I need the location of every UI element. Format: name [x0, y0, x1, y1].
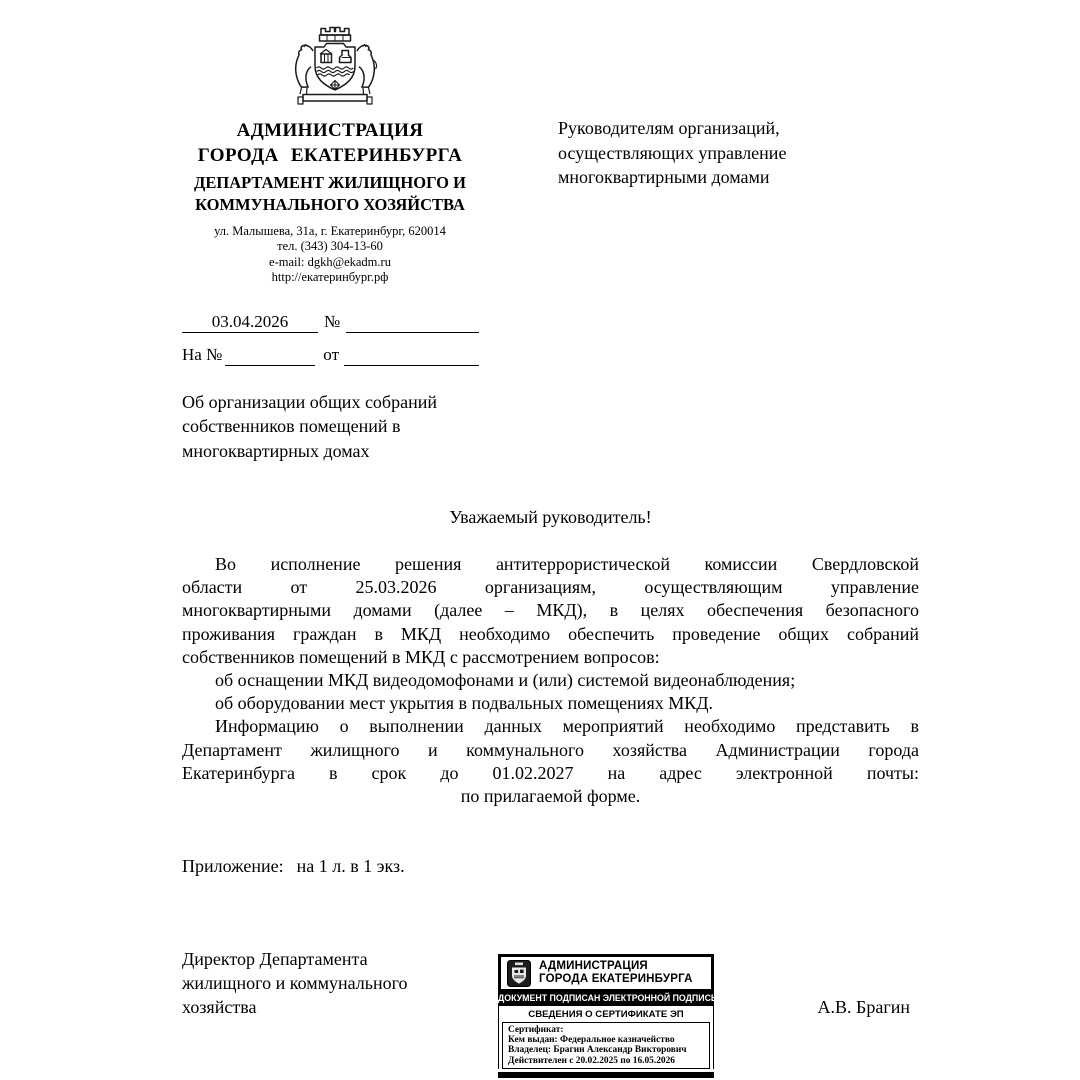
official-letter-page: АДМИНИСТРАЦИЯ ГОРОДА ЕКАТЕРИНБУРГА ДЕПАР… [0, 0, 1080, 1080]
from-label: от [323, 344, 339, 366]
body-line: Во исполнение решения антитеррористическ… [182, 553, 919, 576]
body-line: многоквартирными домами (далее – МКД), в… [182, 599, 919, 622]
stamp-signed-band: ДОКУМЕНТ ПОДПИСАН ЭЛЕКТРОННОЙ ПОДПИСЬЮ [498, 992, 714, 1006]
salutation: Уважаемый руководитель! [182, 507, 919, 528]
body-line: проживания граждан в МКД необходимо обес… [182, 623, 919, 646]
body-closing-line: по прилагаемой форме. [182, 785, 919, 808]
body-line: Екатеринбурга в срок до 01.02.2027 на ад… [182, 762, 919, 785]
body-list-item: об оборудовании мест укрытия в подвальны… [182, 692, 919, 715]
signer-name: А.В. Брагин [710, 997, 910, 1018]
body-list-item: об оснащении МКД видеодомофонами и (или)… [182, 669, 919, 692]
digital-signature-stamp: АДМИНИСТРАЦИЯ ГОРОДА ЕКАТЕРИНБУРГА ДОКУМ… [498, 954, 714, 1078]
website-line: http://екатеринбург.рф [178, 270, 482, 285]
stamp-cert-line: Действителен с 20.02.2025 по 16.05.2026 [508, 1056, 704, 1066]
stamp-org-line1: АДМИНИСТРАЦИЯ [539, 960, 693, 974]
recipient-block: Руководителям организаций, осуществляющи… [558, 116, 786, 190]
stamp-bottom-bar [498, 1072, 714, 1078]
signature-title-line: хозяйства [182, 995, 408, 1019]
attachment-line: Приложение:на 1 л. в 1 экз. [182, 856, 405, 877]
body-line: собственников помещений в МКД с рассмотр… [182, 646, 919, 669]
stamp-cert-line: Сертификат: [508, 1025, 704, 1035]
number-label: № [324, 311, 340, 333]
subject-line: многоквартирных домах [182, 439, 437, 463]
letter-date-field: 03.04.2026 [182, 311, 318, 333]
body-text: Во исполнение решения антитеррористическ… [182, 553, 919, 808]
phone-line: тел. (343) 304-13-60 [178, 239, 482, 254]
yekaterinburg-crest-icon [279, 22, 391, 110]
body-line: области от 25.03.2026 организациям, осущ… [182, 576, 919, 599]
org-name-line2: ГОРОДА ЕКАТЕРИНБУРГА [178, 143, 482, 168]
subject-line: Об организации общих собраний [182, 390, 437, 414]
signature-title-line: Директор Департамента [182, 947, 408, 971]
letter-number-blank-field [346, 311, 479, 333]
org-name-line1: АДМИНИСТРАЦИЯ [178, 118, 482, 143]
stamp-certificate-section: СВЕДЕНИЯ О СЕРТИФИКАТЕ ЭП Сертификат: Ке… [498, 1006, 714, 1070]
sender-header: АДМИНИСТРАЦИЯ ГОРОДА ЕКАТЕРИНБУРГА ДЕПАР… [178, 118, 482, 285]
attachment-label: Приложение: [182, 856, 284, 876]
stamp-section-title: СВЕДЕНИЯ О СЕРТИФИКАТЕ ЭП [499, 1006, 713, 1022]
reference-reply-row: На № от [182, 344, 479, 366]
stamp-cert-line: Кем выдан: Федеральное казначейство [508, 1035, 704, 1045]
email-line: e-mail: dgkh@ekadm.ru [178, 255, 482, 270]
stamp-header: АДМИНИСТРАЦИЯ ГОРОДА ЕКАТЕРИНБУРГА [498, 954, 714, 992]
subject-block: Об организации общих собраний собственни… [182, 390, 437, 463]
stamp-crest-icon [507, 960, 531, 987]
body-line: Информацию о выполнении данных мероприят… [182, 715, 919, 738]
stamp-cert-line: Владелец: Брагин Александр Викторович [508, 1045, 704, 1055]
subject-line: собственников помещений в [182, 414, 437, 438]
signature-title-line: жилищного и коммунального [182, 971, 408, 995]
recipient-line: осуществляющих управление [558, 141, 786, 166]
recipient-line: многоквартирными домами [558, 165, 786, 190]
body-line: Департамент жилищного и коммунального хо… [182, 739, 919, 762]
reference-date-row: 03.04.2026 № [182, 311, 479, 333]
address-line: ул. Малышева, 31а, г. Екатеринбург, 6200… [178, 224, 482, 239]
reply-number-blank-field [225, 344, 315, 366]
reply-date-blank-field [344, 344, 479, 366]
attachment-value: на 1 л. в 1 экз. [297, 856, 405, 876]
reply-number-label: На № [182, 344, 222, 366]
dept-name-line2: КОММУНАЛЬНОГО ХОЗЯЙСТВА [178, 194, 482, 216]
recipient-line: Руководителям организаций, [558, 116, 786, 141]
dept-name-line1: ДЕПАРТАМЕНТ ЖИЛИЩНОГО И [178, 172, 482, 194]
signature-title: Директор Департамента жилищного и коммун… [182, 947, 408, 1019]
stamp-org-line2: ГОРОДА ЕКАТЕРИНБУРГА [539, 973, 693, 987]
